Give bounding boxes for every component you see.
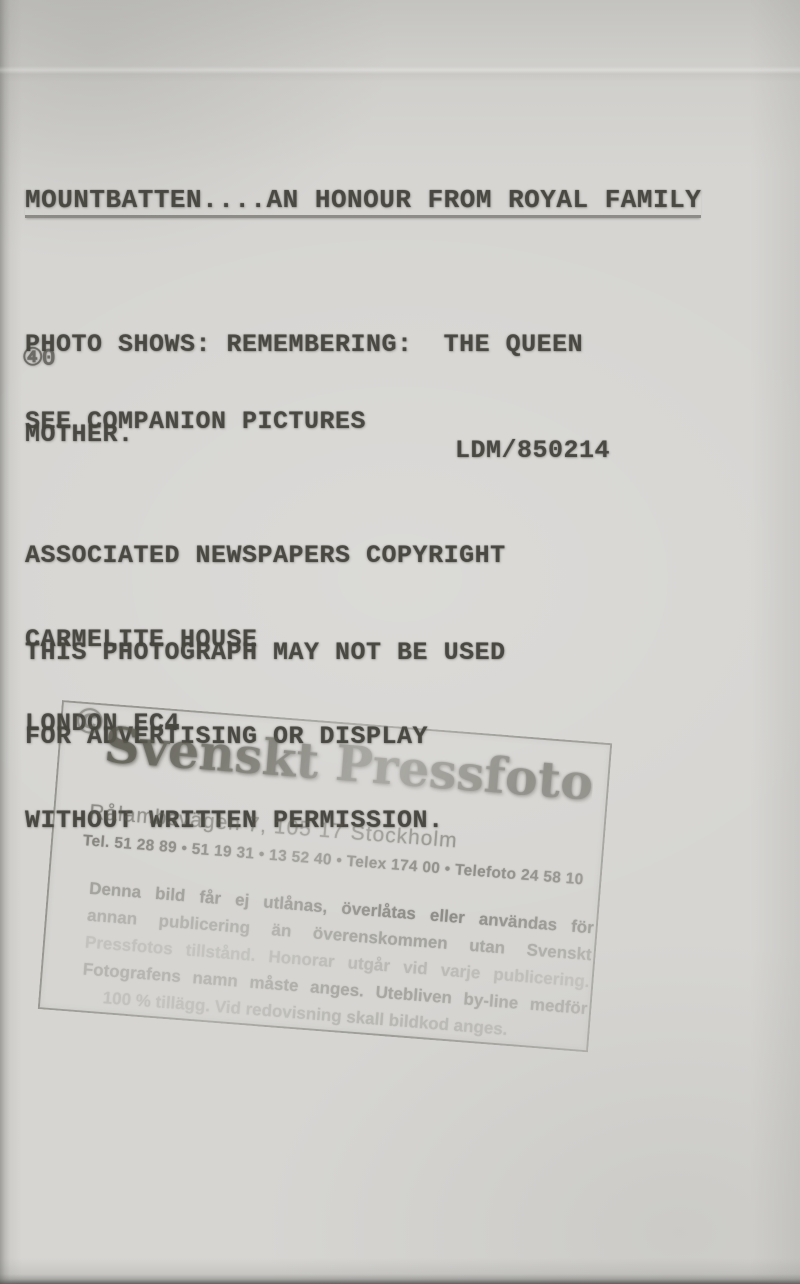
agency-rubber-stamp: © Svenskt Pressfoto Rålambsvägen 7, 105 … — [38, 700, 613, 1052]
copyright-symbol-icon: © — [75, 699, 105, 743]
reference-code: LDM/850214 — [455, 437, 610, 465]
notice-line-1: THIS PHOTOGRAPH MAY NOT BE USED — [25, 639, 506, 667]
headline-text: MOUNTBATTEN....AN HONOUR FROM ROYAL FAMI… — [25, 186, 701, 218]
photo-caption: PHOTO SHOWS: REMEMBERING: THE QUEEN MOTH… — [25, 270, 583, 510]
caption-line-1: PHOTO SHOWS: REMEMBERING: THE QUEEN — [25, 330, 583, 360]
usage-terms-block: Denna bild får ej utlånas, överlåtas ell… — [80, 875, 595, 1049]
overstrike-annotation-mark: ④0 — [22, 346, 54, 374]
companion-pictures-note: SEE COMPANION PICTURES — [25, 408, 366, 436]
agency-name: Svenskt Pressfoto — [103, 718, 596, 810]
press-photo-back: MOUNTBATTEN....AN HONOUR FROM ROYAL FAMI… — [0, 0, 800, 1284]
copyright-line-1: ASSOCIATED NEWSPAPERS COPYRIGHT — [25, 542, 506, 570]
